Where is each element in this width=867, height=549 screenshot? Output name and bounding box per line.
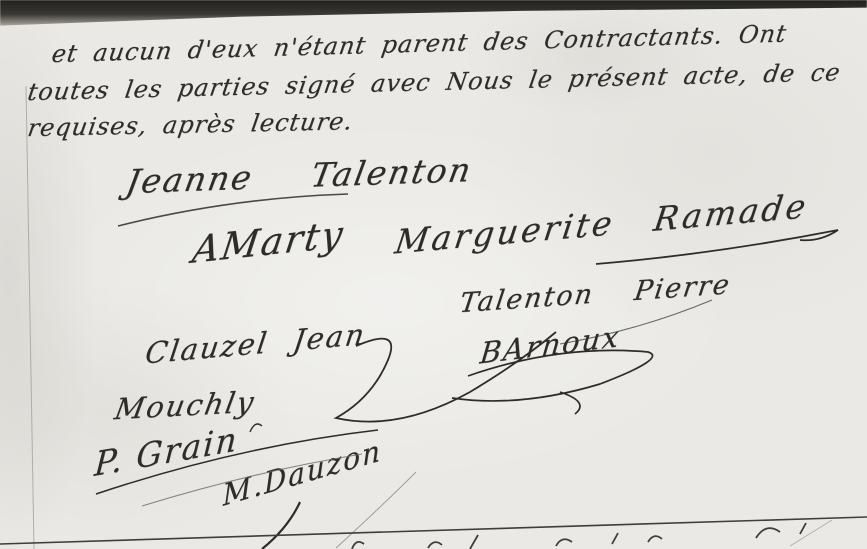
signature-clauzel-jean: Clauzel Jean xyxy=(143,317,368,371)
signature-marguerite-ramade: Marguerite Ramade xyxy=(392,186,811,262)
signature-a-marty: AMarty xyxy=(190,212,347,272)
act-text-line-1: et aucun d'eux n'étant parent des Contra… xyxy=(50,19,789,68)
left-margin-line xyxy=(26,86,34,549)
signature-jeanne-talenton: Jeanne Talenton xyxy=(123,150,476,201)
signature-talenton-pierre: Talenton Pierre xyxy=(458,269,733,319)
grain-apostrophe-stroke xyxy=(250,424,262,432)
pencil-diagonal-2 xyxy=(790,520,832,546)
bottom-rule-line xyxy=(0,517,867,544)
pencil-diagonal-1 xyxy=(336,472,416,548)
signature-b-arnoux: BArnoux xyxy=(478,319,622,371)
scanned-register-page: et aucun d'eux n'étant parent des Contra… xyxy=(0,0,867,549)
act-text-line-3: requises, après lecture. xyxy=(26,107,356,142)
dauzon-descender-stroke xyxy=(262,502,300,549)
signature-m-dauzon: M.Dauzon xyxy=(222,432,382,513)
next-entry-fragment-strokes xyxy=(352,523,806,549)
signature-p-grain: P. Grain xyxy=(93,419,240,484)
